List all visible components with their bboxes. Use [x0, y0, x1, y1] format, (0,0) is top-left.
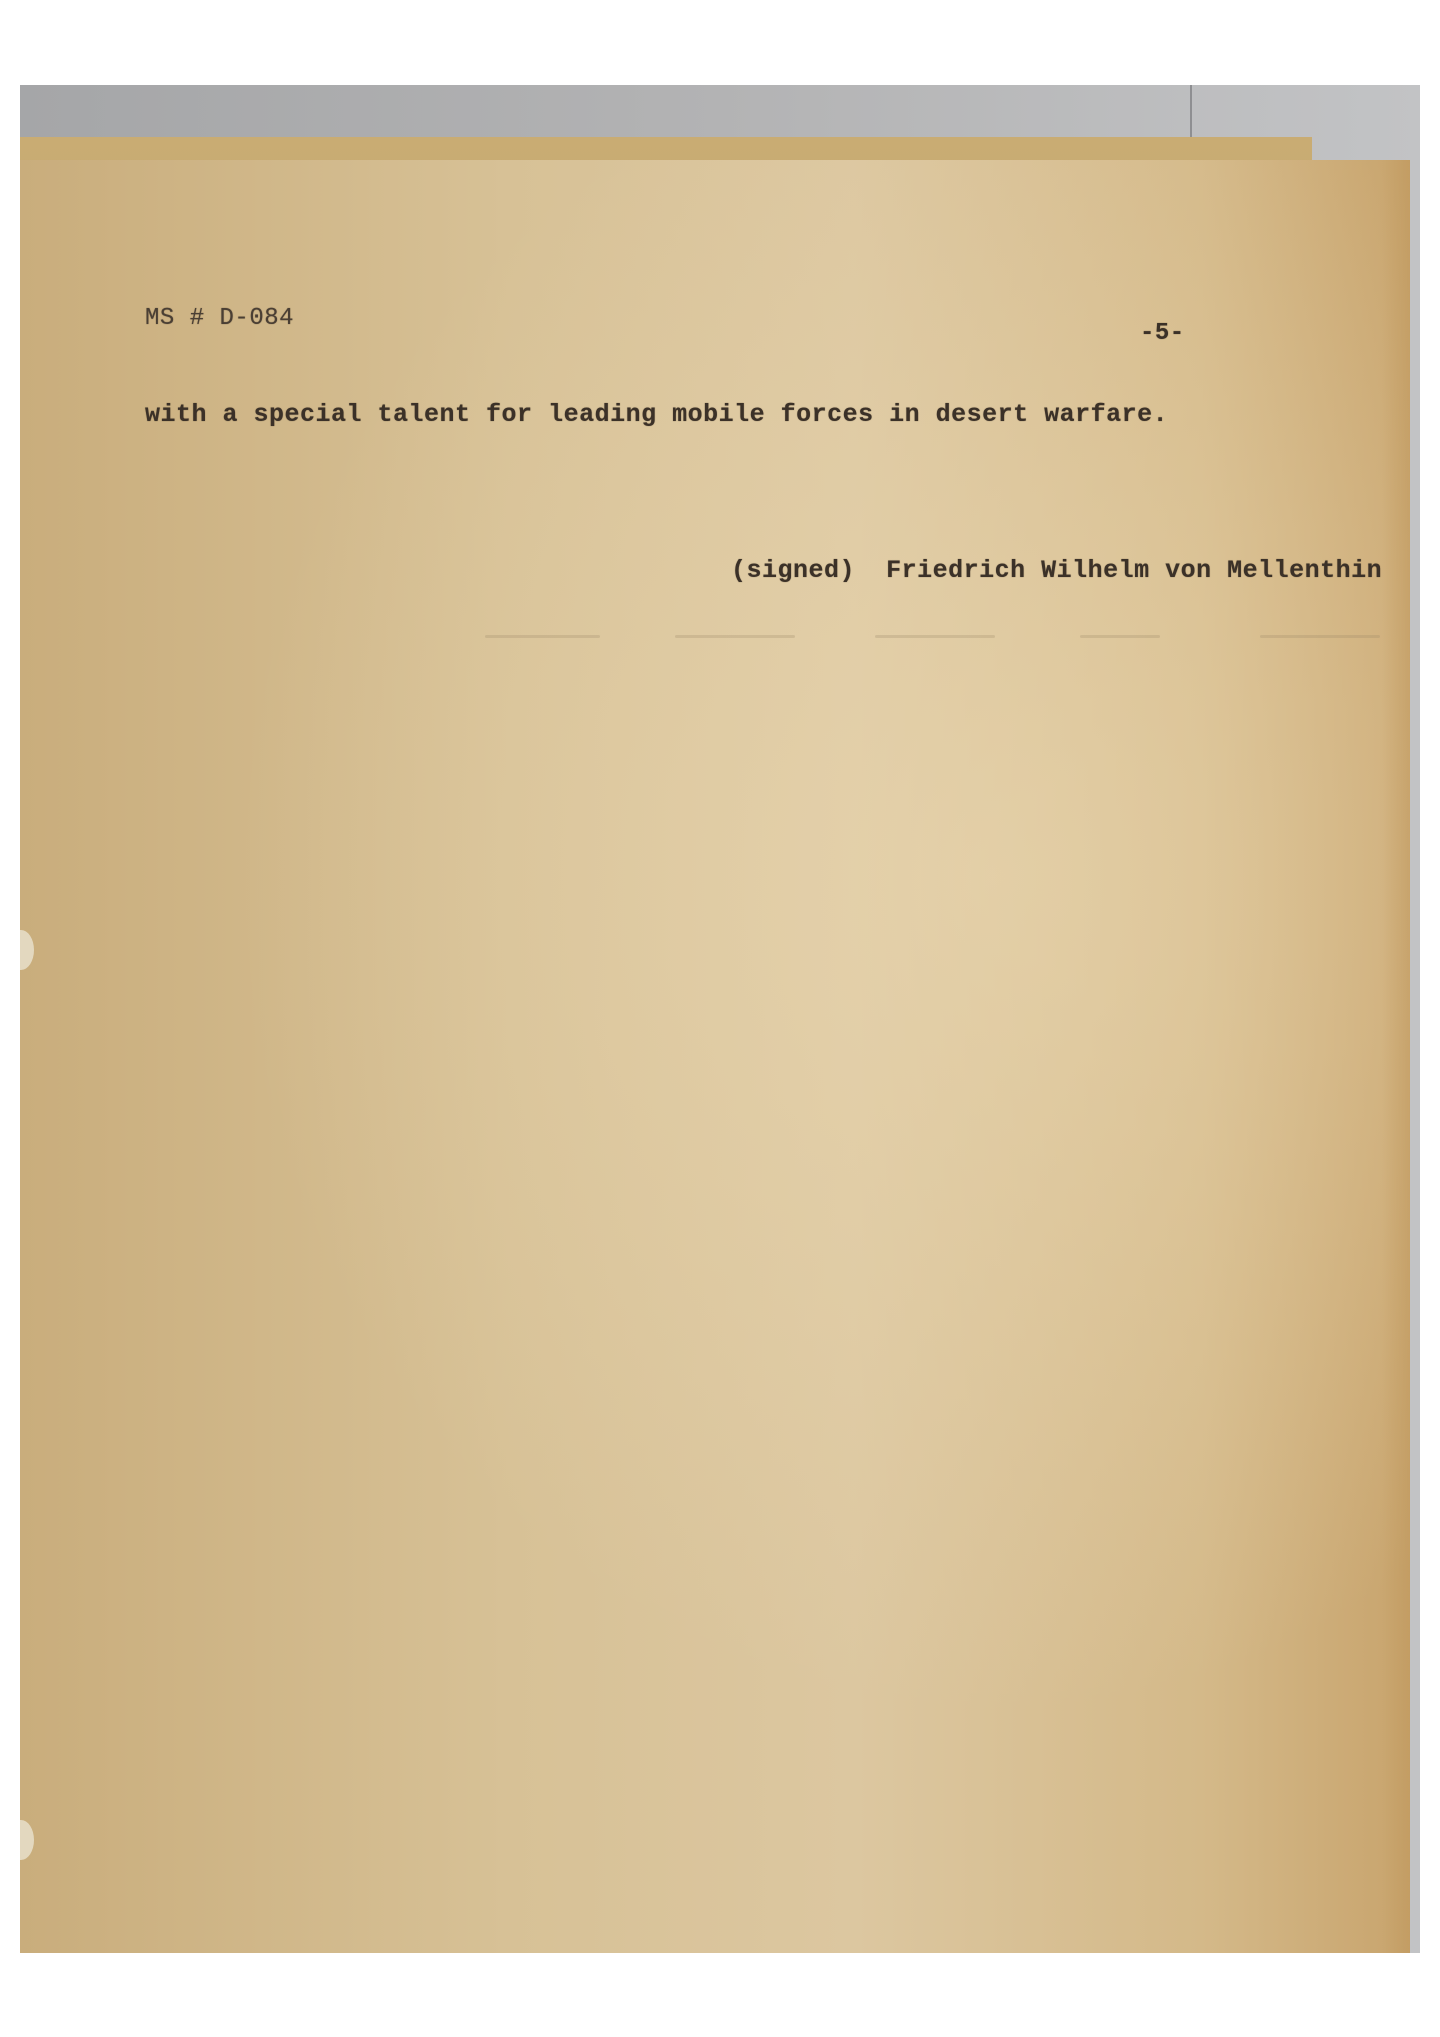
signature-name: Friedrich Wilhelm von Mellenthin [886, 556, 1382, 585]
show-through-mark [675, 635, 795, 638]
signature-prefix: (signed) [731, 556, 855, 585]
show-through-mark [1080, 635, 1160, 638]
show-through-mark [485, 635, 600, 638]
manuscript-reference: MS # D-084 [145, 305, 294, 332]
signature-line: (signed) Friedrich Wilhelm von Mellenthi… [638, 527, 1382, 614]
show-through-mark [1260, 635, 1380, 638]
background-crease [1190, 85, 1192, 143]
show-through-mark [875, 635, 995, 638]
page-number: -5- [1140, 320, 1185, 347]
punch-hole [20, 930, 34, 970]
document-photo: MS # D-084 -5- with a special talent for… [20, 85, 1420, 1953]
typewritten-page: MS # D-084 -5- with a special talent for… [20, 160, 1410, 1953]
body-text-line: with a special talent for leading mobile… [145, 400, 1168, 429]
punch-hole [20, 1820, 34, 1860]
